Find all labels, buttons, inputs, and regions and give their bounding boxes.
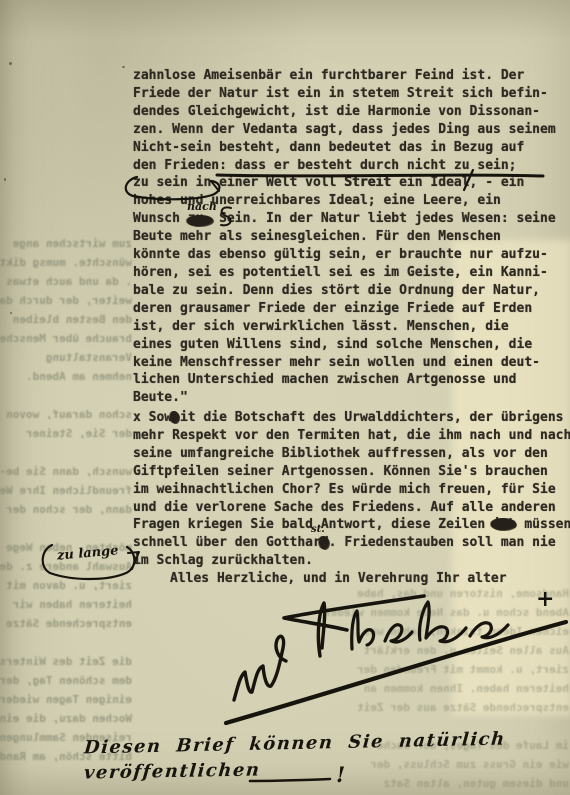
paper-speck (122, 66, 125, 68)
signature-plus-mark: + (536, 586, 554, 612)
paper-speck (9, 62, 12, 65)
typed-paragraph-2: x Soweit die Botschaft des Urwalddichter… (133, 409, 570, 570)
typed-paragraph-1: zahnlose Ameisenbär ein furchtbarer Fein… (133, 67, 556, 407)
handwritten-correction-nach: nach (187, 200, 217, 213)
ink-blot-gotthard-d (319, 536, 329, 549)
typed-closing-line: Alles Herzliche, und in Verehrung Ihr al… (170, 570, 507, 588)
postscript-exclamation: ! (336, 762, 345, 787)
handwritten-correction-st: st. (311, 524, 325, 535)
letter-scan-page: zum wirtschen angewünschte. mumsg dikt. … (0, 0, 570, 795)
paper-speck (10, 312, 12, 314)
bleedthrough-left-margin: zum wirtschen angewünschte. mumsg dikt. … (0, 234, 132, 774)
ink-blot-soweit-e (170, 411, 179, 423)
overstruck-word-streit: Streit (344, 174, 391, 192)
paper-speck (4, 178, 6, 181)
postscript-line-2: veröffentlichen (83, 759, 261, 783)
